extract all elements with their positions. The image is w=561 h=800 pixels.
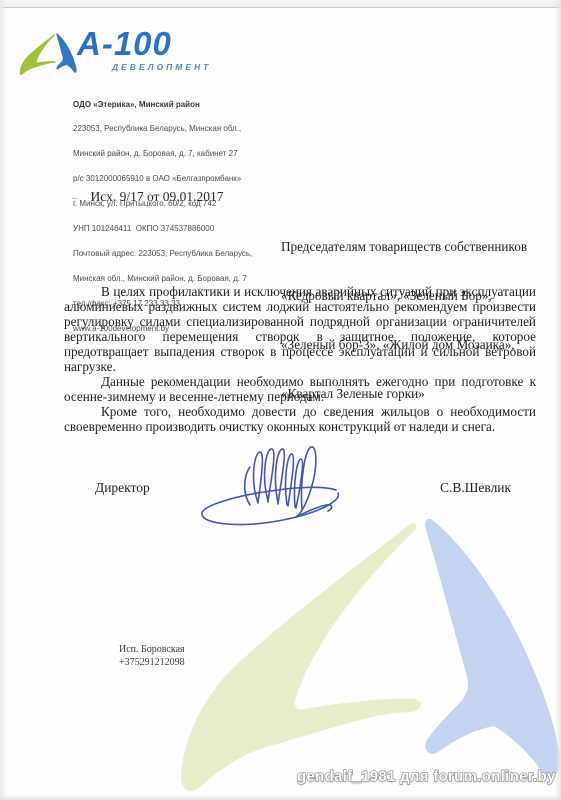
- company-details-line: 223053, Республика Беларусь, Минская обл…: [73, 125, 252, 133]
- forum-watermark-text: gendalf_1981 для forum.onliner.by: [297, 769, 556, 786]
- scan-edge-bottom: [0, 795, 561, 800]
- body-paragraph: Данные рекомендации необходимо выполнять…: [64, 374, 536, 404]
- scan-edge-top: [0, 0, 561, 8]
- company-details-line: УНП 101246411 ОКПО 374537886000: [73, 225, 252, 233]
- scan-edge-left: [0, 0, 7, 800]
- director-label: Директор: [95, 480, 150, 496]
- company-details-line: Почтовый адрес: 223053, Республика Белар…: [73, 250, 252, 258]
- executor-name: Исп. Боровская: [119, 643, 185, 656]
- letter-page: A-100 ДЕВЕЛОПМЕНТ ОДО «Этерика», Минский…: [0, 0, 561, 800]
- company-details-line: р/с 3012000065910 в ОАО «Белгазпромбанк»: [73, 175, 252, 183]
- a100-watermark-icon: [176, 516, 561, 798]
- reference-dash: –: [72, 192, 78, 204]
- director-name: С.В.Шевлик: [440, 480, 511, 496]
- body-paragraph: В целях профилактики и исключения аварий…: [64, 284, 536, 374]
- company-details-line: Минская обл., Минский район, д. Боровая,…: [73, 275, 252, 283]
- executor-block: Исп. Боровская +375291212098: [119, 643, 185, 669]
- scan-edge-right: [555, 0, 561, 800]
- company-details-line: ОДО «Этерика», Минский район: [73, 101, 252, 109]
- a100-logo-icon: [19, 33, 77, 76]
- letter-body: В целях профилактики и исключения аварий…: [64, 284, 536, 434]
- body-paragraph: Кроме того, необходимо довести до сведен…: [64, 404, 536, 434]
- reference-line: –Исх. 9/17 от 09.01.2017: [72, 189, 224, 205]
- reference-number: Исх. 9/17 от 09.01.2017: [91, 189, 224, 204]
- brand-subtitle: ДЕВЕЛОПМЕНТ: [112, 63, 211, 72]
- brand-wordmark: A-100: [77, 27, 172, 60]
- signature-ink: [198, 444, 342, 530]
- addressee-line: Председателям товариществ собственников: [281, 239, 527, 255]
- company-details-line: Минский район, д. Боровая, д. 7, кабинет…: [73, 150, 252, 158]
- executor-phone: +375291212098: [119, 656, 185, 669]
